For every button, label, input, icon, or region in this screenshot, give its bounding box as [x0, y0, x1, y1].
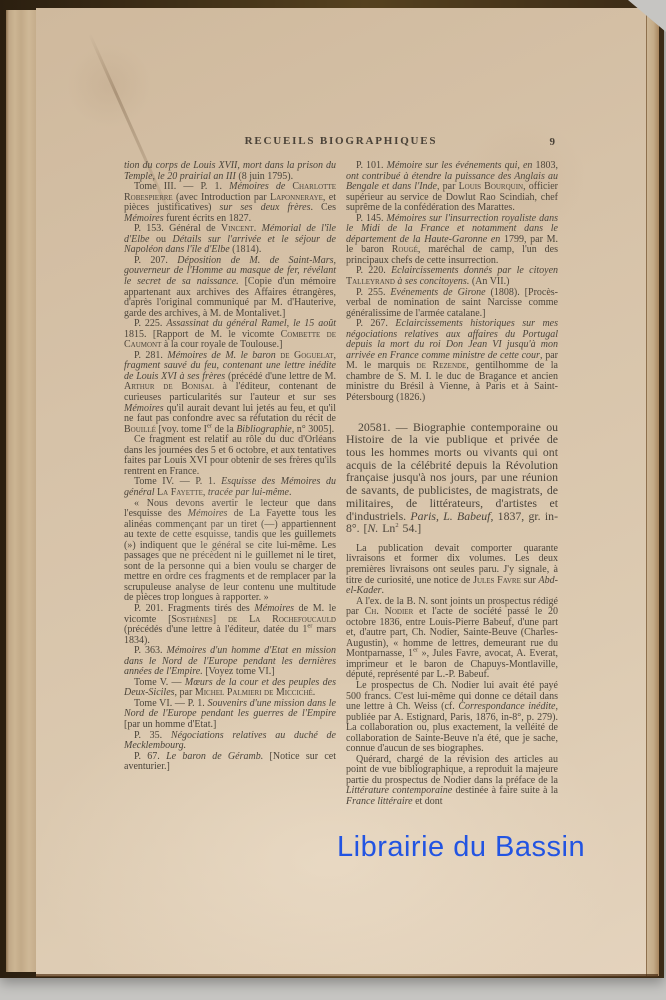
paragraph: Tome V. — Mœurs de la cour et des peuple…	[124, 678, 336, 699]
paragraph: P. 35. Négociations relatives au duché d…	[124, 731, 336, 752]
page-edges-right	[646, 8, 659, 976]
paragraph: P. 201. Fragments tirés des Mémoires de …	[124, 604, 336, 646]
paragraph: Tome III. — P. 1. Mémoires de Charlotte …	[124, 182, 336, 224]
paragraph: La publication devait comporter quarante…	[346, 544, 558, 597]
paragraph: P. 281. Mémoires de M. le baron de Gogue…	[124, 351, 336, 435]
page-number: 9	[550, 136, 556, 148]
running-head-title: RECUEILS BIOGRAPHIQUES	[124, 135, 558, 147]
paragraph: Le prospectus de Ch. Nodier lui avait ét…	[346, 681, 558, 755]
paragraph: A l'ex. de la B. N. sont joints un prosp…	[346, 597, 558, 681]
paragraph: Tome VI. — P. 1. Souvenirs d'une mission…	[124, 699, 336, 731]
page-bottom-edge	[36, 974, 658, 977]
text-column-left: tion du corps de Louis XVII, mort dans l…	[124, 161, 336, 808]
paragraph: P. 363. Mémoires d'un homme d'Etat en mi…	[124, 646, 336, 678]
watermark: Librairie du Bassin	[337, 831, 585, 864]
paragraph: P. 67. Le baron de Géramb. [Notice sur c…	[124, 752, 336, 773]
paragraph: 20581. — Biographie contemporaine ou His…	[346, 421, 558, 535]
page-edges-left	[6, 10, 36, 972]
paragraph: P. 101. Mémoire sur les événements qui, …	[346, 161, 558, 214]
paragraph: P. 220. Eclaircissements donnés par le c…	[346, 266, 558, 287]
paragraph: P. 255. Evénements de Girone (1808). [Pr…	[346, 288, 558, 320]
text-block: tion du corps de Louis XVII, mort dans l…	[124, 161, 558, 808]
paragraph: P. 145. Mémoires sur l'insurrection roya…	[346, 214, 558, 267]
paragraph: P. 153. Général de Vincent. Mémorial de …	[124, 224, 336, 256]
paragraph: P. 267. Eclaircissements historiques sur…	[346, 319, 558, 403]
page-header: RECUEILS BIOGRAPHIQUES 9	[124, 135, 558, 151]
paragraph: P. 207. Déposition de M. de Saint-Mars, …	[124, 256, 336, 319]
paragraph: tion du corps de Louis XVII, mort dans l…	[124, 161, 336, 182]
paragraph: Quérard, chargé de la révision des artic…	[346, 755, 558, 808]
paragraph: P. 225. Assassinat du général Ramel, le …	[124, 319, 336, 351]
paragraph: « Nous devons avertir le lecteur que dan…	[124, 499, 336, 604]
text-column-right: P. 101. Mémoire sur les événements qui, …	[346, 161, 558, 808]
paragraph: Ce fragment est relatif au rôle du duc d…	[124, 435, 336, 477]
paragraph: Tome IV. — P. 1. Esquisse des Mémoires d…	[124, 477, 336, 498]
